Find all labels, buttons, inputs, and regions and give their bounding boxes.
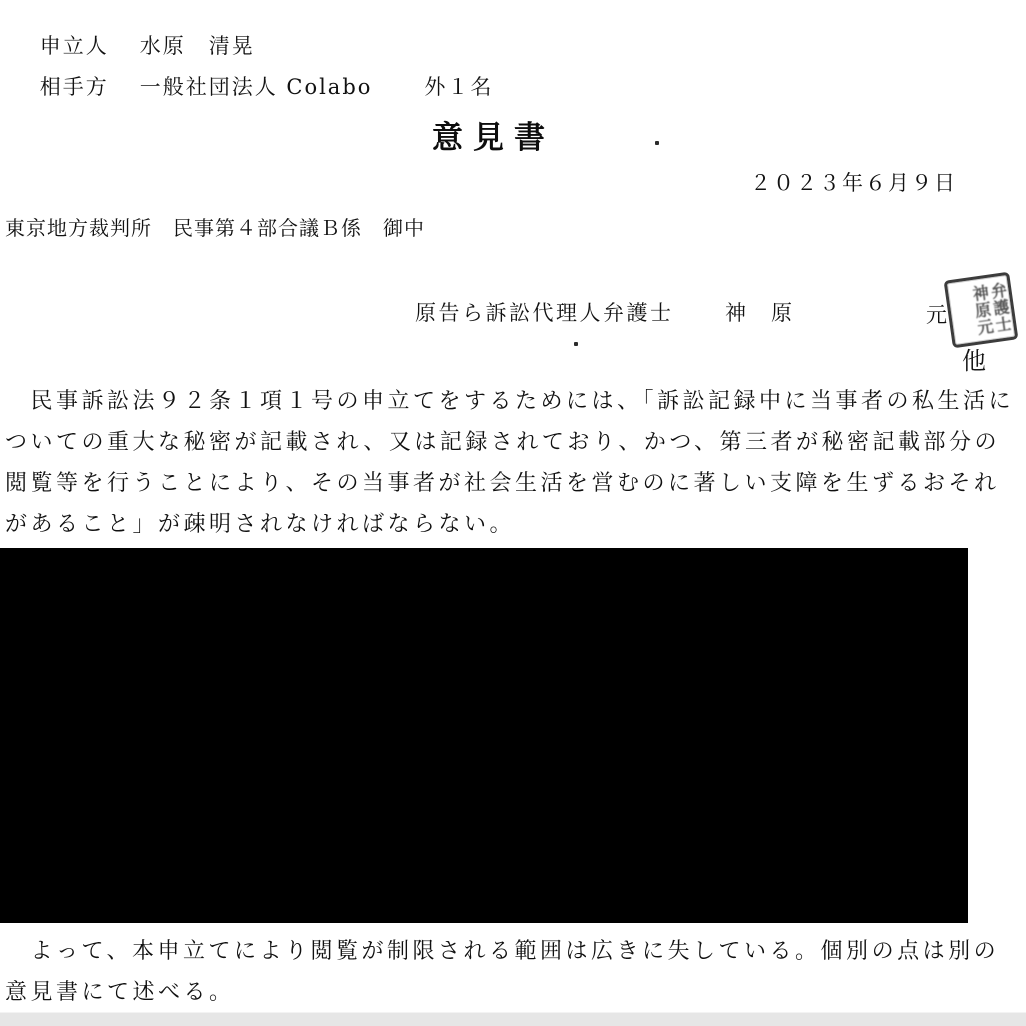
scanned-document-page: 申立人水原 清晃 相手方一般社団法人 Colabo外１名 意見書 ２０２３年６月… <box>0 0 1026 1026</box>
signature-role: 原告ら訴訟代理人弁護士 <box>415 297 674 327</box>
document-date: ２０２３年６月９日 <box>750 167 957 197</box>
party-label: 相手方 <box>40 71 140 101</box>
signature-name: 神 原 <box>725 297 794 327</box>
redaction-block <box>0 548 968 923</box>
party-others-suffix: 外１名 <box>424 75 493 99</box>
party-line-opponent: 相手方一般社団法人 Colabo外１名 <box>5 47 493 125</box>
attorney-seal-text: 弁護士神原元 <box>949 277 1013 342</box>
signature-name-suffix: 元 <box>926 299 947 329</box>
scan-edge-strip <box>0 1012 1026 1026</box>
body-text-line: があること」が疎明されなければならない。 <box>5 507 515 538</box>
court-addressee: 東京地方裁判所 民事第４部合議Ｂ係 御中 <box>5 212 425 241</box>
closing-text-line: 意見書にて述べる。 <box>5 975 235 1006</box>
body-text-line: ついての重大な秘密が記載され、又は記録されており、かつ、第三者が秘密記載部分の <box>5 425 1000 456</box>
body-text-line: 閲覧等を行うことにより、その当事者が社会生活を営むのに著しい支障を生ずるおそれ <box>5 466 1000 497</box>
scan-speck <box>655 141 659 145</box>
seal-companion-label: 他 <box>962 341 986 376</box>
document-title: 意見書 <box>432 112 555 157</box>
scan-speck <box>574 342 578 346</box>
party-name: 一般社団法人 Colabo <box>140 75 373 99</box>
attorney-seal-stamp: 弁護士神原元 <box>944 272 1019 349</box>
closing-text-line: よって、本申立てにより閲覧が制限される範囲は広きに失している。個別の点は別の <box>5 934 999 965</box>
body-text-line: 民事訴訟法９２条１項１号の申立てをするためには、「訴訟記録中に当事者の私生活に <box>5 384 1014 415</box>
